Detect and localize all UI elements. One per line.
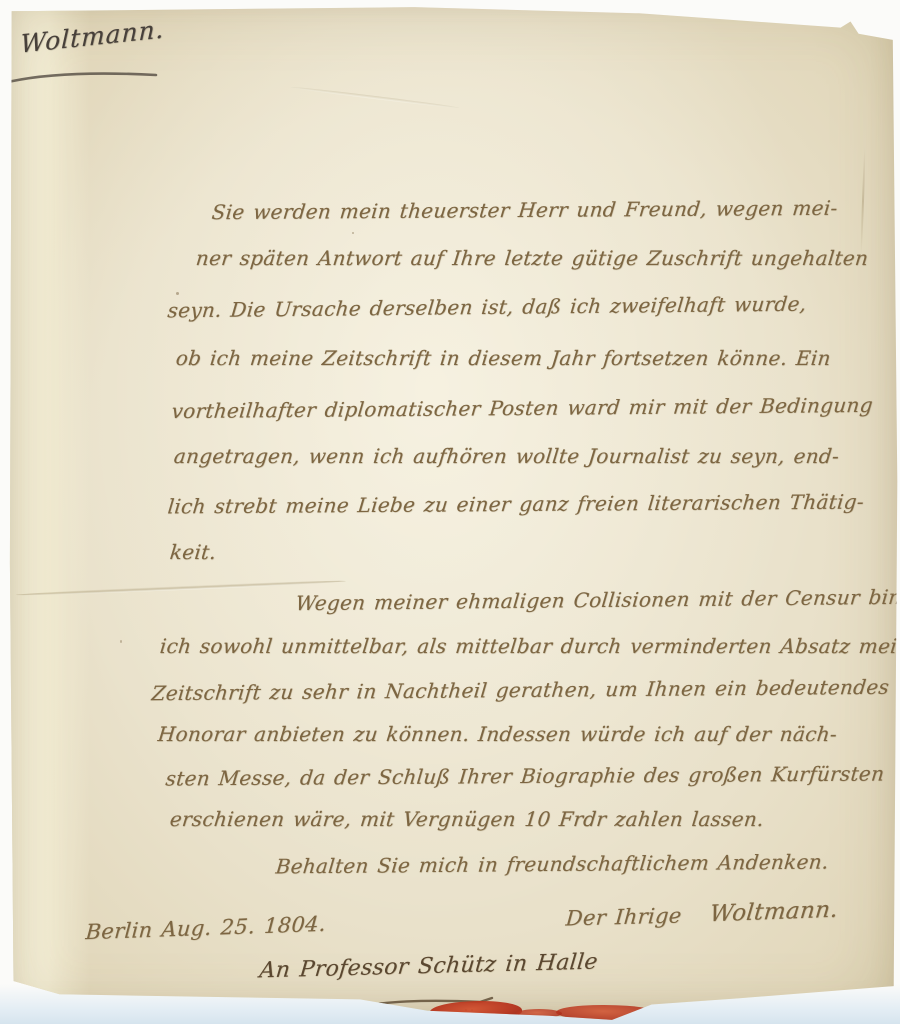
letter-line: ob ich meine Zeitschrift in diesem Jahr … [175, 346, 832, 370]
scanned-letter-page: { "document": { "archival_annotation": "… [0, 0, 900, 1024]
letter-line: Sie werden mein theuerster Herr und Freu… [211, 196, 839, 224]
valediction: Der Ihrige [565, 903, 683, 930]
letter-paper-sheet: Woltmann. Sie werden mein theuerster Her… [0, 0, 900, 1024]
paper-wrinkle [290, 86, 459, 110]
signature: Woltmann. [708, 897, 839, 927]
letter-line: angetragen, wenn ich aufhören wollte Jou… [173, 444, 841, 468]
sealing-wax-residue [516, 1009, 562, 1018]
dateline: Berlin Aug. 25. 1804. [85, 912, 327, 944]
letter-line: ich sowohl unmittelbar, als mittelbar du… [159, 634, 900, 658]
ink-speck [120, 640, 122, 643]
address-line: An Professor Schütz in Halle [258, 950, 599, 984]
letter-line: ner späten Antwort auf Ihre letzte gütig… [195, 246, 870, 270]
letter-line: sten Messe, da der Schluß Ihrer Biograph… [165, 761, 886, 790]
letter-line: vortheilhafter diplomatischer Posten war… [171, 393, 875, 423]
ink-speck [352, 232, 354, 234]
annotation-underline-flourish [6, 66, 166, 86]
paper-scratch [860, 146, 866, 256]
letter-line: Wegen meiner ehmaligen Collisionen mit d… [295, 585, 900, 615]
closing-sentence: Behalten Sie mich in freundschaftlichem … [275, 850, 830, 879]
letter-line: erschienen wäre, mit Vergnügen 10 Frdr z… [169, 807, 765, 831]
letter-line: seyn. Die Ursache derselben ist, daß ich… [167, 292, 808, 323]
sealing-wax-residue [556, 1003, 660, 1023]
letter-line: Zeitschrift zu sehr in Nachtheil gerathe… [151, 675, 891, 705]
letter-line: keit. [169, 540, 218, 564]
letter-line: lich strebt meine Liebe zu einer ganz fr… [167, 490, 866, 519]
archival-annotation: Woltmann. [20, 14, 165, 58]
ink-speck [176, 292, 179, 295]
letter-line: Honorar anbieten zu können. Indessen wür… [157, 722, 839, 746]
